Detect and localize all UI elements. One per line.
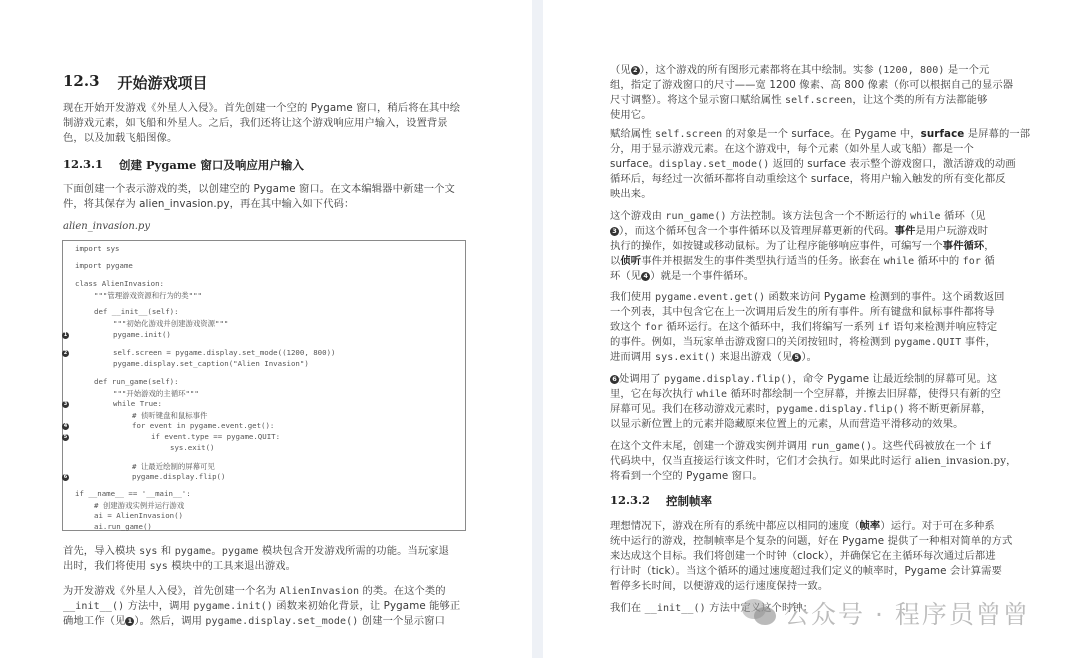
code-line: import pygame [75, 261, 133, 270]
explanation-paragraph-2: 为开发游戏《外星人入侵》，首先创建一个名为 AlienInvasion 的类。在… [63, 584, 460, 629]
code-line: """开始游戏的主循环""" [113, 388, 199, 399]
subsection-heading-1: 12.3.1 创建 Pygame 窗口及响应用户输入 [63, 157, 304, 173]
code-line: ai.run_game() [94, 522, 152, 531]
callout-marker: 6 [610, 375, 619, 384]
paragraph-display-flip: 6处调用了 pygame.display.flip()，命令 Pygame 让最… [610, 372, 1001, 432]
code-line: # 让最近绘制的屏幕可见 [132, 461, 215, 472]
wechat-icon [742, 599, 778, 627]
left-page: 12.3 开始游戏项目 现在开始开发游戏《外星人入侵》。首先创建一个空的 Pyg… [0, 0, 532, 658]
page-divider [532, 0, 543, 658]
code-line: # 侦听键盘和鼠标事件 [132, 410, 207, 421]
code-line: if event.type == pygame.QUIT: [151, 432, 280, 441]
code-line: """初始化游戏并创建游戏资源""" [113, 318, 228, 329]
code-line: def __init__(self): [94, 307, 179, 316]
code-line: import sys [75, 244, 120, 253]
callout-marker: 4 [62, 423, 69, 430]
paragraph-run-game: 这个游戏由 run_game() 方法控制。该方法包含一个不断运行的 while… [610, 209, 995, 284]
code-filename: alien_invasion.py [63, 221, 150, 232]
right-page: （见2），这个游戏的所有图形元素都将在其中绘制。实参 (1200, 800) 是… [543, 0, 1080, 658]
paragraph-frame-rate: 理想情况下，游戏在所有的系统中都应以相同的速度（帧率）运行。对于可在多种系 统中… [610, 519, 1012, 594]
callout-marker: 3 [62, 401, 69, 408]
code-line: pygame.display.set_caption("Alien Invasi… [113, 359, 309, 368]
callout-marker: 2 [62, 350, 69, 357]
code-line: def run_game(self): [94, 377, 179, 386]
code-line: sys.exit() [170, 443, 215, 452]
create-paragraph: 下面创建一个表示游戏的类，以创建空的 Pygame 窗口。在文本编辑器中新建一个… [63, 182, 455, 212]
code-line: """管理游戏资源和行为的类""" [94, 290, 202, 301]
paragraph-surface: 赋给属性 self.screen 的对象是一个 surface。在 Pygame… [610, 127, 1030, 202]
code-line: if __name__ == '__main__': [75, 489, 191, 498]
watermark: 公众号 · 程序员曾曾 [742, 595, 1030, 631]
code-listing: import sysimport pygameclass AlienInvasi… [62, 240, 466, 531]
section-heading: 12.3 开始游戏项目 [63, 72, 208, 93]
code-line: pygame.display.flip() [132, 472, 225, 481]
callout-marker: 2 [631, 66, 640, 75]
code-line: for event in pygame.event.get(): [132, 421, 274, 430]
callout-marker: 6 [62, 474, 69, 481]
callout-marker: 3 [610, 227, 619, 236]
code-line: while True: [113, 399, 162, 408]
callout-marker: 5 [62, 434, 69, 441]
code-line: ai = AlienInvasion() [94, 511, 183, 520]
subsection-heading-2: 12.3.2 控制帧率 [610, 493, 712, 509]
callout-marker: 1 [62, 332, 69, 339]
paragraph-file-end: 在这个文件末尾，创建一个游戏实例并调用 run_game()。这些代码被放在一个… [610, 439, 1017, 484]
code-line: class AlienInvasion: [75, 279, 164, 288]
paragraph-display-window: （见2），这个游戏的所有图形元素都将在其中绘制。实参 (1200, 800) 是… [610, 63, 1013, 123]
callout-marker: 4 [641, 272, 650, 281]
code-line: # 创建游戏实例并运行游戏 [94, 500, 184, 511]
intro-paragraph: 现在开始开发游戏《外星人入侵》。首先创建一个空的 Pygame 窗口，稍后将在其… [63, 101, 460, 146]
paragraph-event-get: 我们使用 pygame.event.get() 函数来访问 Pygame 检测到… [610, 290, 1005, 365]
code-line: self.screen = pygame.display.set_mode((1… [113, 348, 335, 357]
code-line: pygame.init() [113, 330, 171, 339]
explanation-paragraph-1: 首先，导入模块 sys 和 pygame。pygame 模块包含开发游戏所需的功… [63, 544, 449, 574]
callout-marker: 5 [792, 353, 801, 362]
